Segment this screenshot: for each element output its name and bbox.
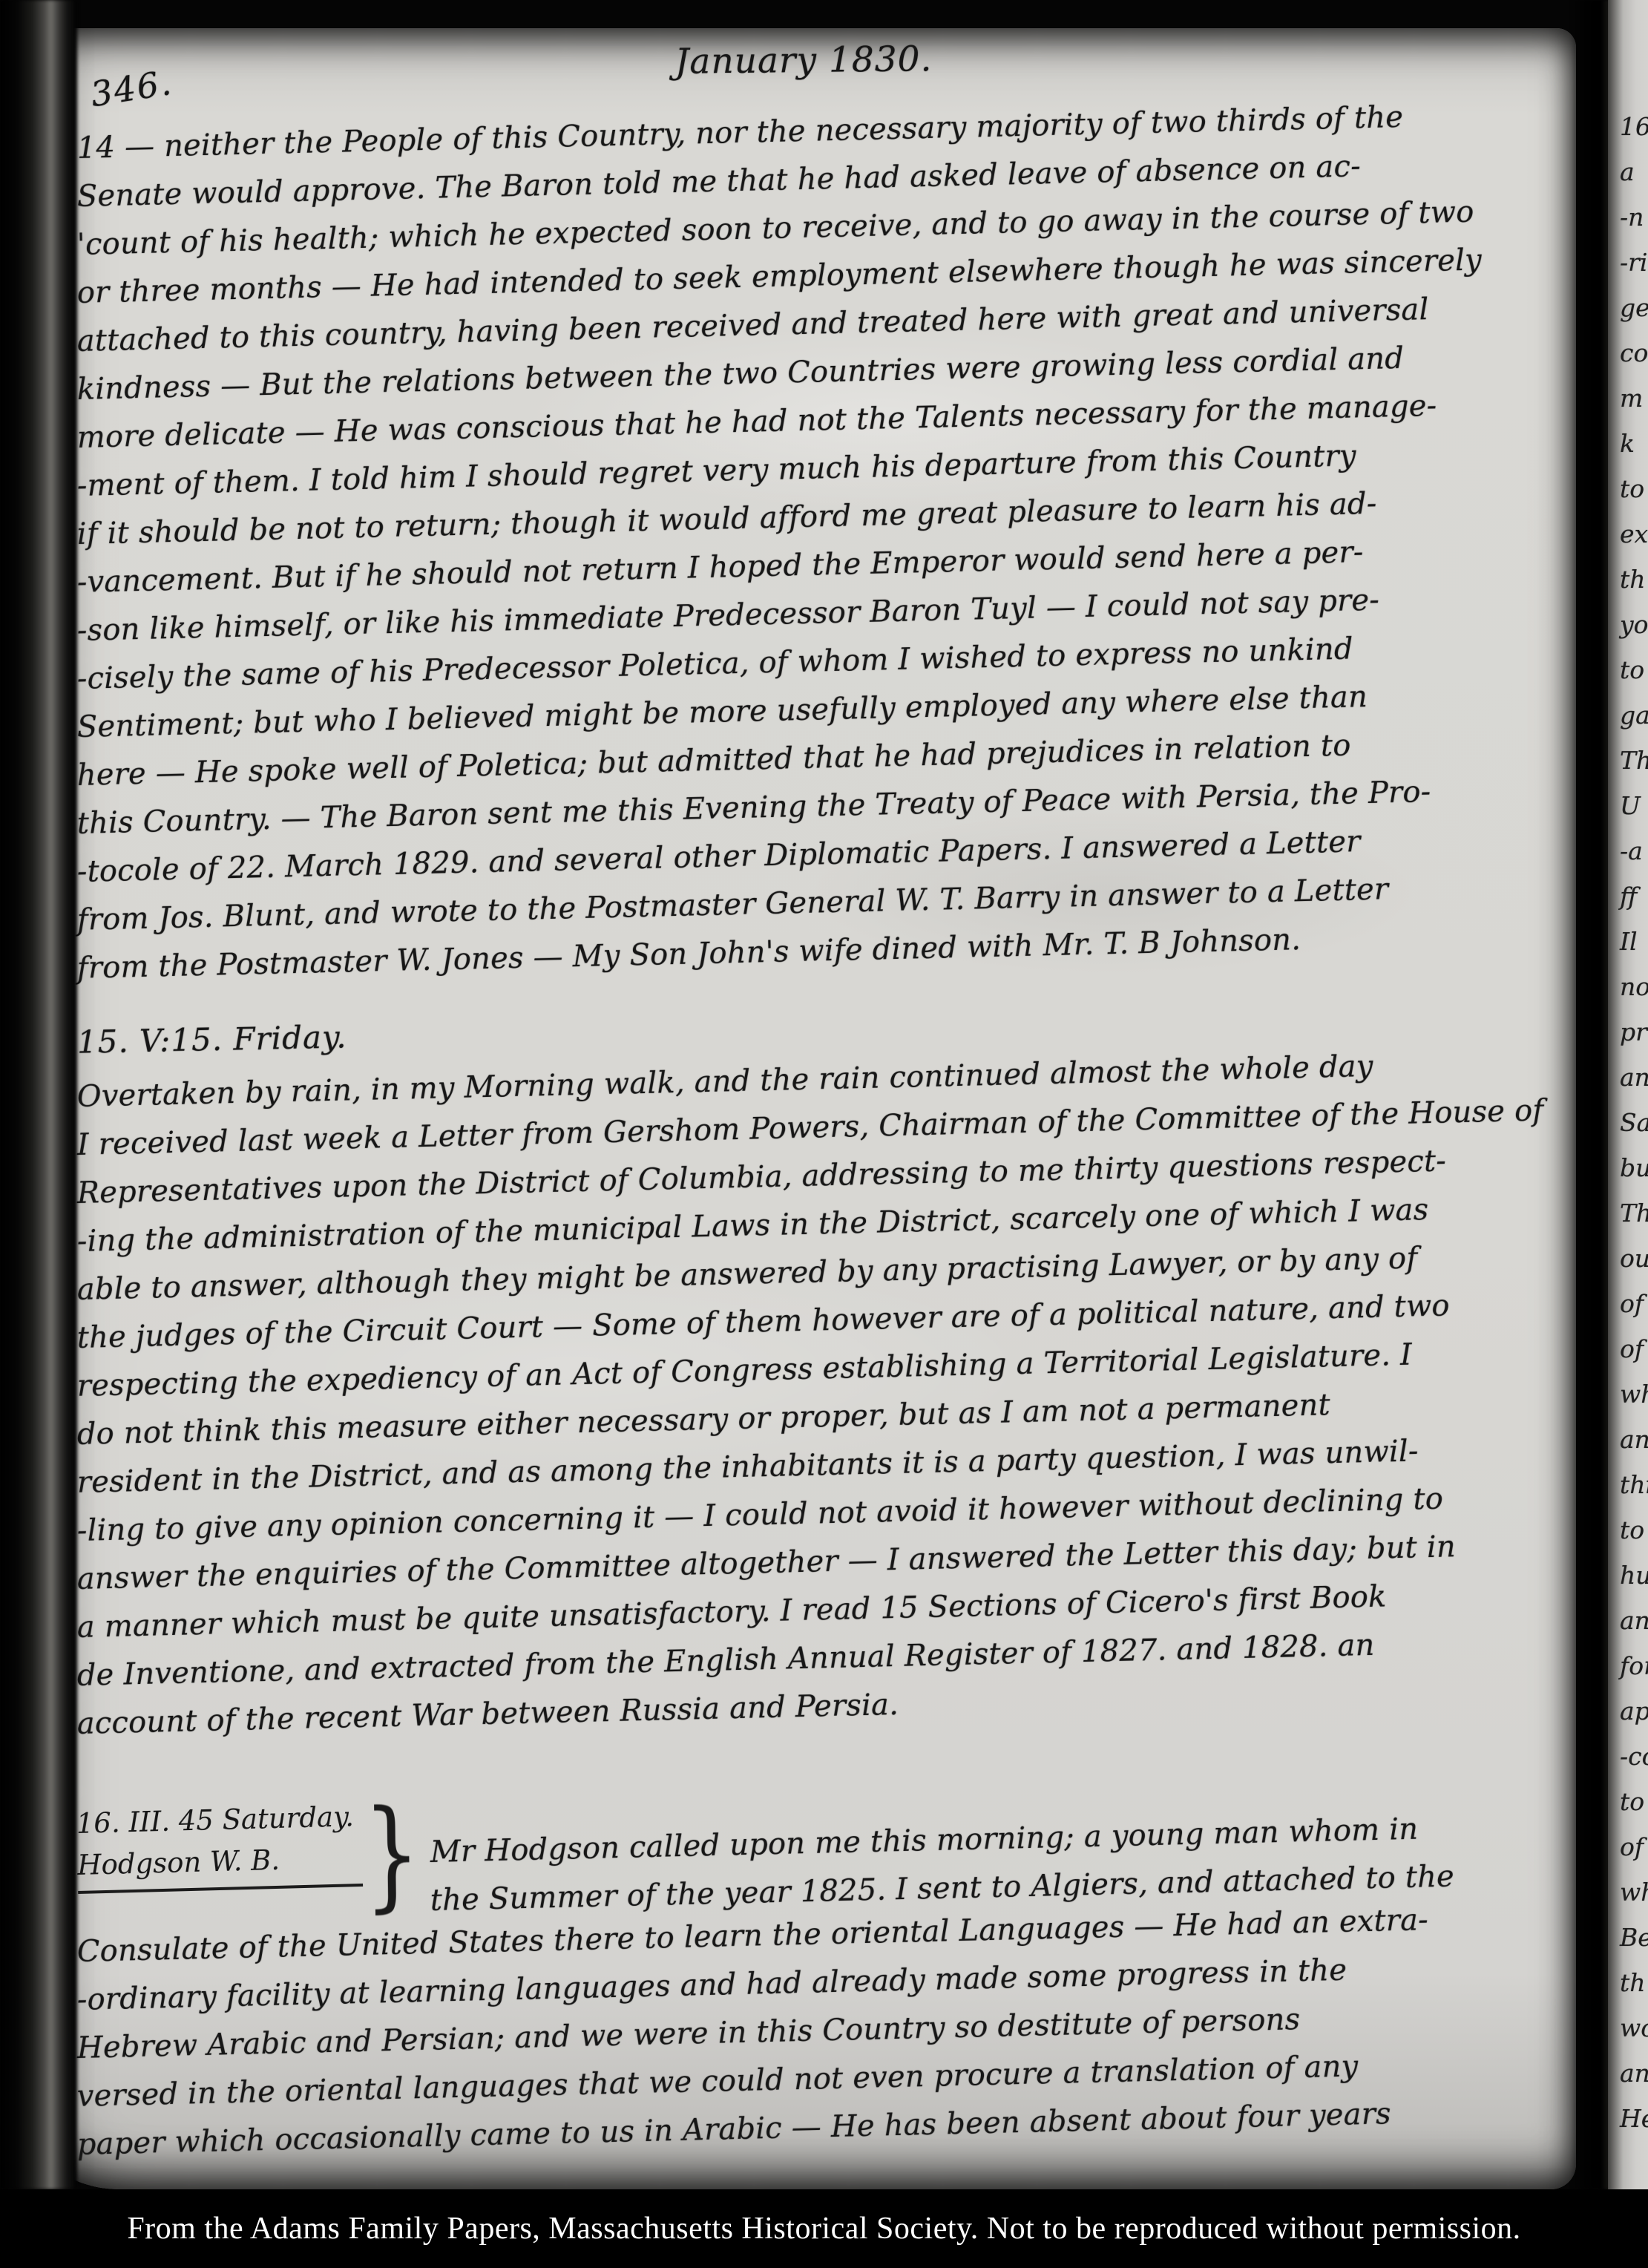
manuscript-line: no — [1608, 964, 1648, 1009]
footer-credit-text: From the Adams Family Papers, Massachuse… — [127, 2211, 1520, 2246]
manuscript-line: Sab — [1608, 1100, 1648, 1145]
manuscript-line: of — [1608, 1824, 1648, 1869]
margin-note-block: 16. III. 45 Saturday. Hodgson W. B. — [76, 1796, 363, 1894]
scanned-diary-image: 346. January 1830. 14 — neither the Peop… — [0, 0, 1648, 2268]
manuscript-line: thi — [1608, 1462, 1648, 1507]
manuscript-line: hu — [1608, 1553, 1648, 1598]
manuscript-page: 346. January 1830. 14 — neither the Peop… — [31, 28, 1576, 2189]
manuscript-line: -n — [1608, 194, 1648, 240]
facing-page-edge: 16a-n-rigecommktoexthyotogaThU-affIlnopr… — [1608, 0, 1648, 2189]
manuscript-line: Th — [1608, 1190, 1648, 1236]
manuscript-line: yo — [1608, 602, 1648, 647]
manuscript-line: Il — [1608, 919, 1648, 964]
manuscript-line: pr — [1608, 1009, 1648, 1055]
manuscript-line: -cou — [1608, 1734, 1648, 1779]
manuscript-line: ga — [1608, 692, 1648, 738]
manuscript-line: an — [1608, 2051, 1648, 2096]
book-spine-shadow — [0, 0, 77, 2189]
manuscript-line: of l — [1608, 1281, 1648, 1326]
manuscript-line: Be — [1608, 1915, 1648, 1960]
page-header-date: January 1830. — [31, 32, 1576, 89]
manuscript-line: ou — [1608, 1236, 1648, 1281]
manuscript-line: com — [1608, 330, 1648, 376]
manuscript-line: ex — [1608, 511, 1648, 557]
margin-brace: } — [363, 1795, 421, 1916]
manuscript-line: to — [1608, 1779, 1648, 1824]
manuscript-line: but — [1608, 1145, 1648, 1190]
manuscript-line: a — [1608, 149, 1648, 194]
manuscript-line: -ri — [1608, 240, 1648, 285]
entry-heading-saturday-16: 16. III. 45 Saturday. — [76, 1796, 354, 1845]
manuscript-line: m — [1608, 376, 1648, 421]
manuscript-line: for — [1608, 1643, 1648, 1688]
margin-note-hodgson: Hodgson W. B. — [77, 1838, 355, 1887]
manuscript-line: Th — [1608, 738, 1648, 783]
manuscript-line: th — [1608, 1960, 1648, 2005]
facing-page-line-fragments: 16a-n-rigecommktoexthyotogaThU-affIlnopr… — [1608, 104, 1648, 2141]
manuscript-line: wh — [1608, 1869, 1648, 1915]
manuscript-line: of — [1608, 1326, 1648, 1371]
manuscript-line: k — [1608, 421, 1648, 466]
entry-14-lines: 14 — neither the People of this Country,… — [77, 125, 1569, 993]
manuscript-line: U — [1608, 783, 1648, 828]
manuscript-line: wo — [1608, 2005, 1648, 2051]
manuscript-line: th — [1608, 557, 1648, 602]
manuscript-line: app — [1608, 1688, 1648, 1734]
footer-credit-bar: From the Adams Family Papers, Massachuse… — [0, 2189, 1648, 2268]
manuscript-line: wh — [1608, 1371, 1648, 1417]
manuscript-line: to — [1608, 466, 1648, 511]
entry-heading-friday-15: 15. V:15. Friday. — [76, 1018, 347, 1061]
manuscript-line: ge — [1608, 285, 1648, 330]
entry-15-lines: Overtaken by rain, in my Morning walk, a… — [77, 1073, 1569, 1748]
diary-entry-january-15: Overtaken by rain, in my Morning walk, a… — [77, 1073, 1569, 1748]
manuscript-line: an — [1608, 1417, 1648, 1462]
entry-16-lines: Consulate of the United States there to … — [77, 1928, 1569, 2169]
manuscript-line: an — [1608, 1598, 1648, 1643]
diary-entry-january-16-body: Consulate of the United States there to … — [77, 1928, 1569, 2169]
manuscript-line: 16 — [1608, 104, 1648, 149]
manuscript-line: to — [1608, 647, 1648, 692]
manuscript-line: to t — [1608, 1507, 1648, 1553]
page-gutter-shadow — [1571, 0, 1609, 2189]
manuscript-line: -a — [1608, 828, 1648, 874]
manuscript-line: He — [1608, 2096, 1648, 2141]
manuscript-line: an — [1608, 1055, 1648, 1100]
diary-entry-january-14: 14 — neither the People of this Country,… — [77, 125, 1569, 993]
manuscript-line: ff — [1608, 874, 1648, 919]
